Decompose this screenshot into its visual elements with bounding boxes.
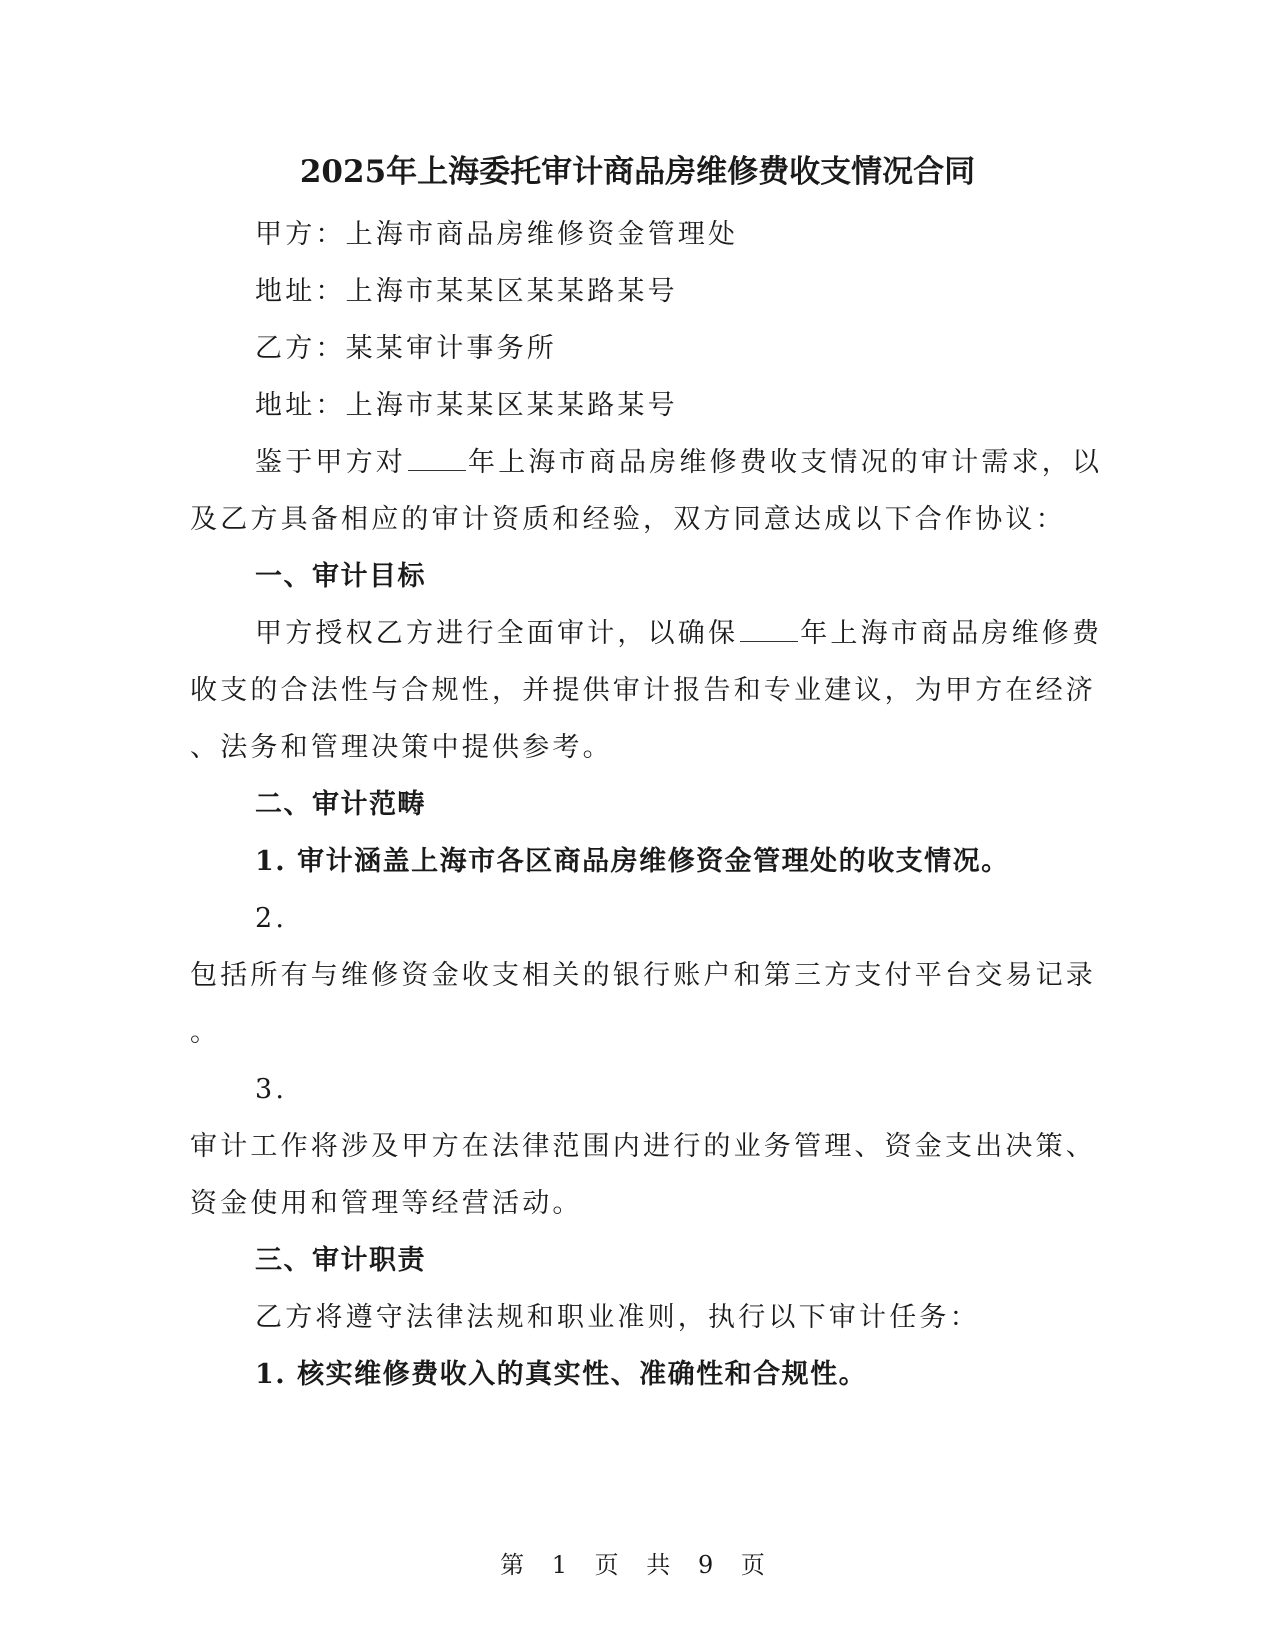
section-1-text-a: 甲方授权乙方进行全面审计，以确保 <box>255 618 738 649</box>
section-1-text-b: 年上海市商品房维修费 <box>800 618 1102 649</box>
section-2-item-2-tail: 。 <box>190 1013 1070 1053</box>
section-1-line-3: 、法务和管理决策中提供参考。 <box>190 728 1070 768</box>
party-a: 甲方：上海市商品房维修资金管理处 <box>255 215 1070 255</box>
preamble-line-1: 鉴于甲方对年上海市商品房维修费收支情况的审计需求，以 <box>255 443 1070 483</box>
section-2-item-3-line-1: 审计工作将涉及甲方在法律范围内进行的业务管理、资金支出决策、 <box>190 1127 1070 1167</box>
preamble-line-2: 及乙方具备相应的审计资质和经验，双方同意达成以下合作协议： <box>190 500 1070 540</box>
preamble-text-b: 年上海市商品房维修费收支情况的审计需求，以 <box>468 447 1102 478</box>
party-a-address: 地址：上海市某某区某某路某号 <box>255 272 1070 312</box>
section-1-line-2: 收支的合法性与合规性，并提供审计报告和专业建议，为甲方在经济 <box>190 671 1070 711</box>
year-blank <box>408 444 466 471</box>
section-2-item-3-line-2: 资金使用和管理等经营活动。 <box>190 1184 1070 1224</box>
section-2-item-3-number: 3. <box>255 1070 1070 1110</box>
section-3-heading: 三、审计职责 <box>255 1241 1070 1281</box>
section-3-intro: 乙方将遵守法律法规和职业准则，执行以下审计任务： <box>255 1298 1070 1338</box>
year-blank <box>740 615 798 642</box>
section-2-item-1: 1. 审计涵盖上海市各区商品房维修资金管理处的收支情况。 <box>255 842 1070 882</box>
preamble-text-a: 鉴于甲方对 <box>255 447 406 478</box>
section-2-item-2-number: 2. <box>255 899 1070 939</box>
document-page: 2025年上海委托审计商品房维修费收支情况合同 甲方：上海市商品房维修资金管理处… <box>0 0 1275 1650</box>
party-b: 乙方：某某审计事务所 <box>255 329 1070 369</box>
section-3-item-1: 1. 核实维修费收入的真实性、准确性和合规性。 <box>255 1355 1070 1395</box>
party-b-address: 地址：上海市某某区某某路某号 <box>255 386 1070 426</box>
document-title: 2025年上海委托审计商品房维修费收支情况合同 <box>0 150 1275 194</box>
section-1-line-1: 甲方授权乙方进行全面审计，以确保年上海市商品房维修费 <box>255 614 1070 654</box>
section-1-heading: 一、审计目标 <box>255 557 1070 597</box>
section-2-item-2-text: 包括所有与维修资金收支相关的银行账户和第三方支付平台交易记录 <box>190 956 1070 996</box>
section-2-heading: 二、审计范畴 <box>255 785 1070 825</box>
page-number-footer: 第 1 页 共 9 页 <box>0 1545 1275 1580</box>
